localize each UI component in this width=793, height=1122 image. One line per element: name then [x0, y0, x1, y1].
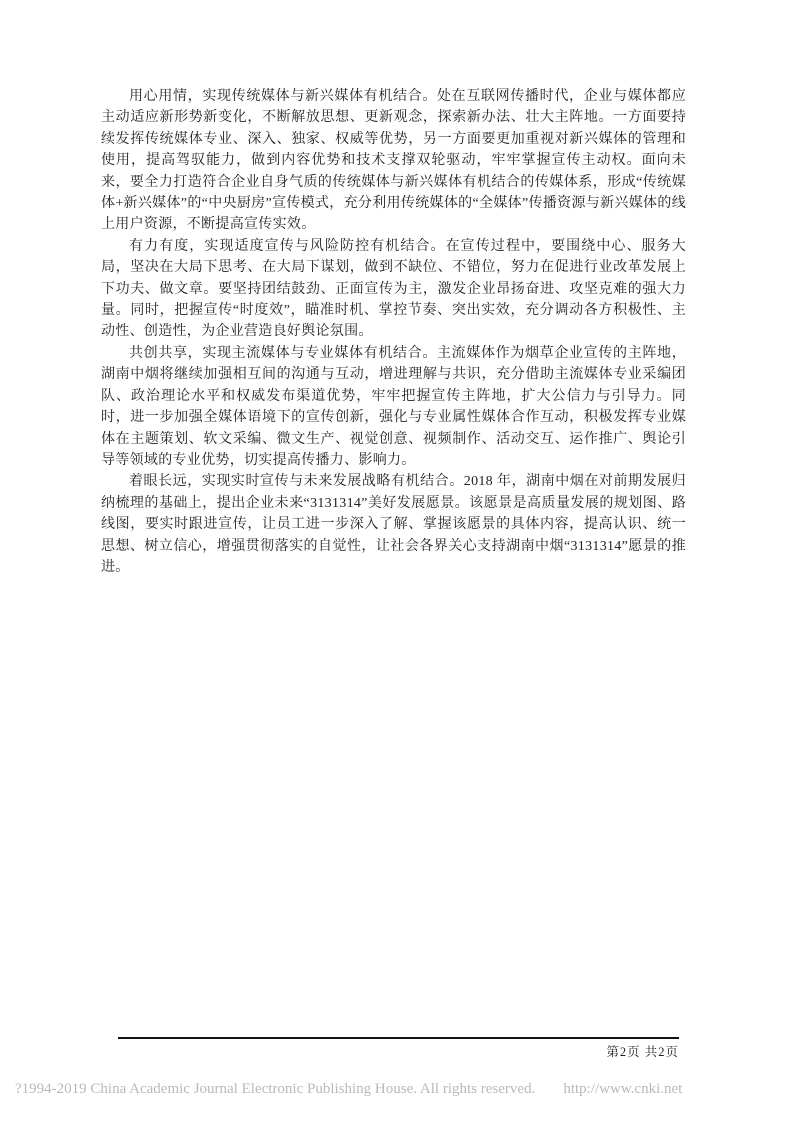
- cnki-url-text: http://www.cnki.net: [563, 1081, 682, 1097]
- copyright-text: ?1994-2019 China Academic Journal Electr…: [15, 1081, 535, 1097]
- paragraph-mainstream-media: 共创共享，实现主流媒体与专业媒体有机结合。主流媒体作为烟草企业宣传的主阵地，湖南…: [101, 343, 686, 471]
- paragraph-future-strategy: 着眼长远，实现实时宣传与未来发展战略有机结合。2018 年，湖南中烟在对前期发展…: [101, 471, 686, 578]
- cnki-copyright-bar: ?1994-2019 China Academic Journal Electr…: [15, 1081, 775, 1098]
- footer-divider: [118, 1037, 679, 1039]
- paragraph-media-integration: 用心用情，实现传统媒体与新兴媒体有机结合。处在互联网传播时代，企业与媒体都应主动…: [101, 86, 686, 236]
- page-number-label: 第2页 共2页: [118, 1042, 679, 1060]
- document-page: 用心用情，实现传统媒体与新兴媒体有机结合。处在互联网传播时代，企业与媒体都应主动…: [0, 0, 793, 1122]
- article-body: 用心用情，实现传统媒体与新兴媒体有机结合。处在互联网传播时代，企业与媒体都应主动…: [101, 86, 686, 578]
- paragraph-risk-control: 有力有度，实现适度宣传与风险防控有机结合。在宣传过程中，要围绕中心、服务大局，坚…: [101, 236, 686, 343]
